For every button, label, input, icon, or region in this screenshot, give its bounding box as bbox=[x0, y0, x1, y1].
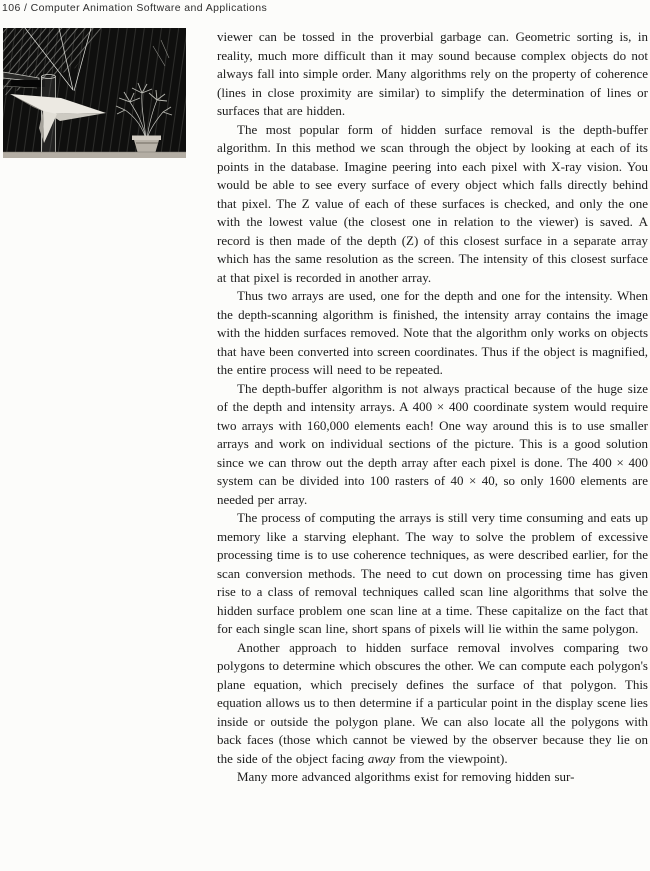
paragraph-advanced-algorithms: Many more advanced algorithms exist for … bbox=[217, 768, 648, 787]
figure-photo bbox=[3, 28, 186, 158]
figure-column bbox=[0, 28, 217, 158]
paragraph-polygon-comparison: Another approach to hidden surface remov… bbox=[217, 639, 648, 769]
body-text: viewer can be tossed in the proverbial g… bbox=[217, 28, 650, 787]
paragraph-polygon-comparison-tail: from the viewpoint). bbox=[395, 751, 507, 766]
paragraph-array-size: The depth-buffer algorithm is not always… bbox=[217, 380, 648, 510]
paragraph-two-arrays: Thus two arrays are used, one for the de… bbox=[217, 287, 648, 380]
paragraph-scan-line: The process of computing the arrays is s… bbox=[217, 509, 648, 639]
floor-band bbox=[3, 152, 186, 158]
page-content: viewer can be tossed in the proverbial g… bbox=[0, 28, 650, 787]
paragraph-depth-buffer: The most popular form of hidden surface … bbox=[217, 121, 648, 288]
paragraph-polygon-comparison-text: Another approach to hidden surface remov… bbox=[217, 640, 648, 766]
book-page: 106 / Computer Animation Software and Ap… bbox=[0, 0, 650, 871]
paragraph-geometric-sorting: viewer can be tossed in the proverbial g… bbox=[217, 28, 648, 121]
running-head: 106 / Computer Animation Software and Ap… bbox=[2, 2, 267, 14]
italic-word-away: away bbox=[368, 751, 395, 766]
